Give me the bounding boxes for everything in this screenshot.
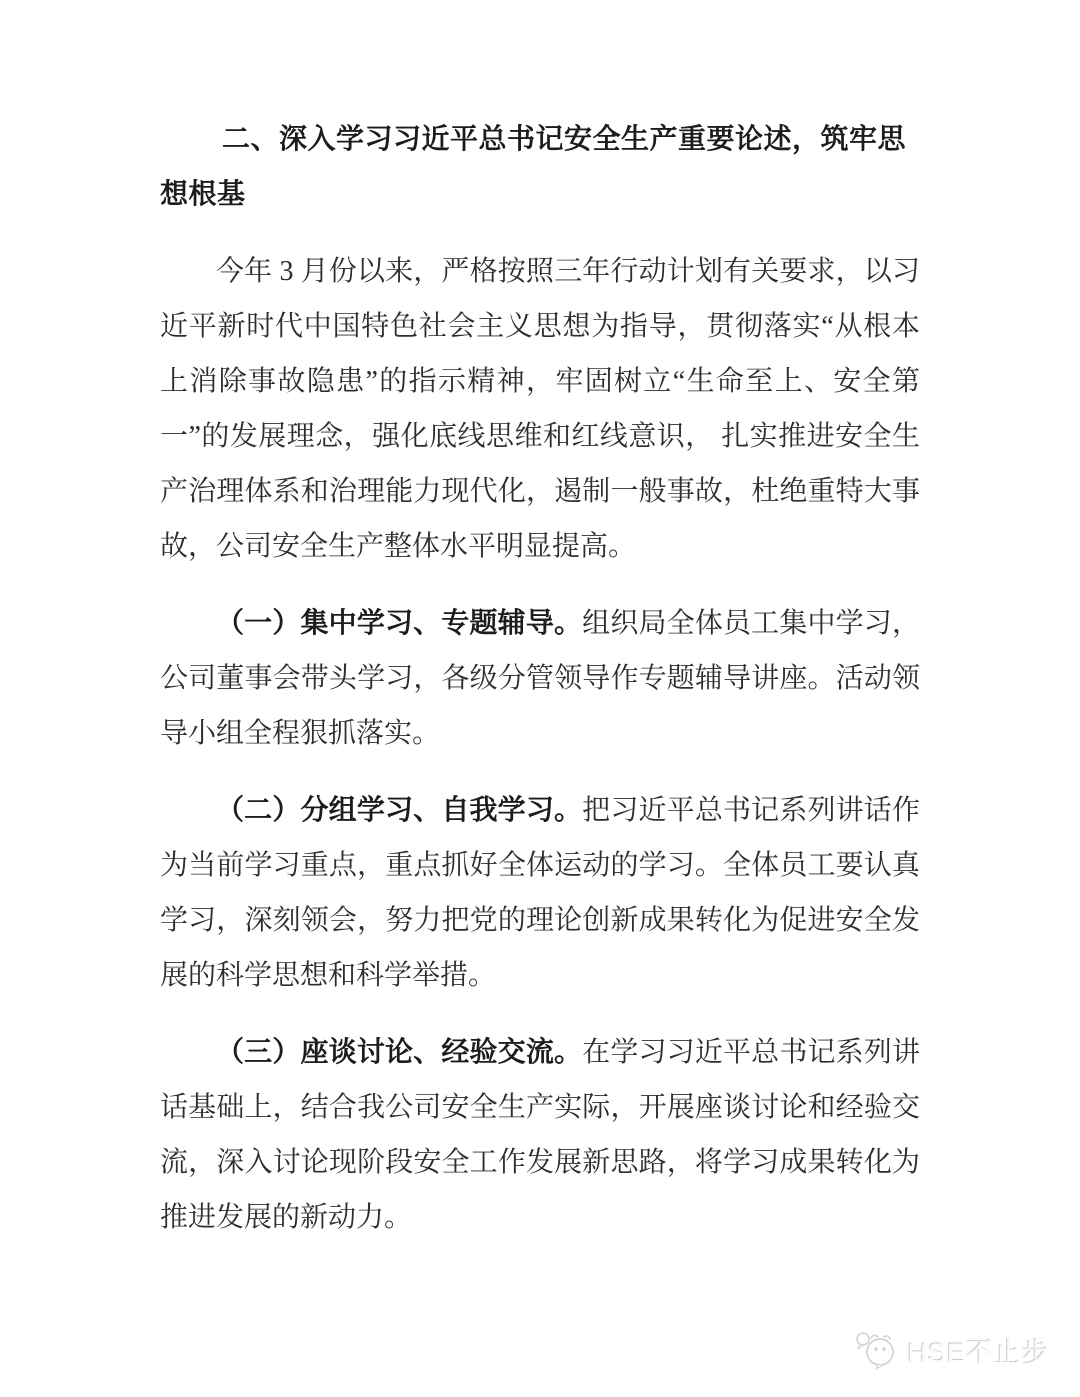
paragraph: （三）座谈讨论、经验交流。在学习习近平总书记系列讲话基础上，结合我公司安全生产实… xyxy=(160,1025,920,1245)
paragraph-lead: （一）集中学习、专题辅导。 xyxy=(216,608,582,639)
mascot-chat-icon xyxy=(854,1329,900,1371)
paragraph-lead: （二）分组学习、自我学习。 xyxy=(216,795,582,826)
document-page: 二、深入学习习近平总书记安全生产重要论述，筑牢思想根基 今年 3 月份以来，严格… xyxy=(160,0,920,1245)
section-heading: 二、深入学习习近平总书记安全生产重要论述，筑牢思想根基 xyxy=(160,112,920,222)
paragraph: （一）集中学习、专题辅导。组织局全体员工集中学习，公司董事会带头学习，各级分管领… xyxy=(160,596,920,761)
watermark-label: HSE不止步 xyxy=(907,1331,1050,1370)
paragraph: 今年 3 月份以来，严格按照三年行动计划有关要求，以习近平新时代中国特色社会主义… xyxy=(160,244,920,574)
watermark: HSE不止步 xyxy=(854,1329,1050,1371)
paragraph-text: 今年 3 月份以来，严格按照三年行动计划有关要求，以习近平新时代中国特色社会主义… xyxy=(160,256,920,562)
paragraph-lead: （三）座谈讨论、经验交流。 xyxy=(216,1037,582,1068)
paragraph: （二）分组学习、自我学习。把习近平总书记系列讲话作为当前学习重点，重点抓好全体运… xyxy=(160,783,920,1003)
